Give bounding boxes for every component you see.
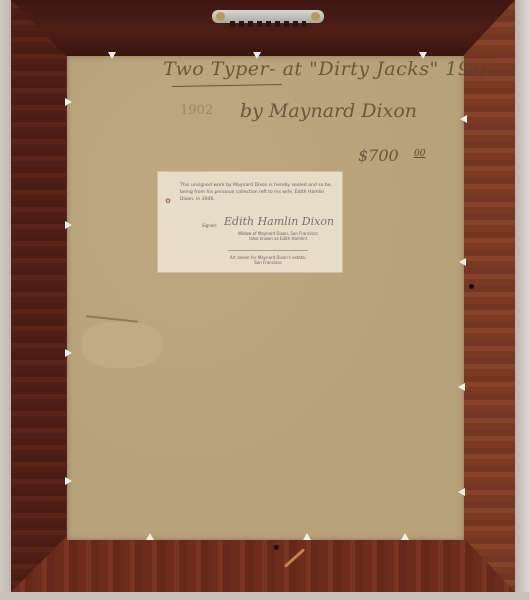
- provenance-label: ✿ This unsigned work by Maynard Dixon is…: [158, 172, 342, 272]
- handwritten-year-faint: 1902: [180, 103, 213, 118]
- handwritten-price-cents: 00: [414, 149, 425, 159]
- nail-hole: [274, 545, 279, 550]
- label-divider: [228, 250, 308, 251]
- label-body-text: This unsigned work by Maynard Dixon is h…: [180, 182, 336, 203]
- frame-right-rail: [455, 0, 515, 592]
- stamp-icon: ✿: [165, 197, 171, 205]
- label-agent-info: Art dealer for Maynard Dixon's estate, S…: [223, 255, 313, 265]
- wall-right: [515, 0, 529, 600]
- tack-icon: [65, 221, 72, 229]
- wall-bottom: [0, 592, 529, 600]
- handwritten-price: $700: [358, 146, 399, 165]
- label-signature: Edith Hamlin Dixon: [224, 215, 334, 228]
- paper-backing: [67, 56, 464, 540]
- label-widow-info: Widow of Maynard Dixon, San Francisco (a…: [228, 231, 328, 241]
- tack-icon: [458, 383, 465, 391]
- tack-icon: [303, 533, 311, 540]
- hanger-teeth: [230, 21, 306, 27]
- screw-icon: [216, 12, 225, 21]
- frame-top-rail: [11, 0, 515, 56]
- label-widow-line-2: (also known as Edith Hamlin): [228, 236, 328, 241]
- tack-icon: [458, 488, 465, 496]
- screw-icon: [311, 12, 320, 21]
- sawtooth-hanger-icon: [212, 10, 324, 23]
- tack-icon: [459, 258, 466, 266]
- tack-icon: [253, 52, 261, 59]
- tack-icon: [146, 533, 154, 540]
- tack-icon: [65, 477, 72, 485]
- frame-bottom-rail: [11, 537, 515, 592]
- tack-icon: [65, 349, 72, 357]
- nail-hole: [469, 284, 474, 289]
- handwritten-title: Two Typer- at "Dirty Jacks" 1902: [163, 58, 496, 80]
- tack-icon: [65, 98, 72, 106]
- tack-icon: [108, 52, 116, 59]
- label-agent-line-2: San Francisco: [223, 260, 313, 265]
- frame-left-rail: [11, 0, 69, 592]
- label-signed-prefix: Signed:: [202, 223, 217, 228]
- tack-icon: [460, 115, 467, 123]
- paper-stain: [82, 322, 162, 368]
- handwritten-artist: by Maynard Dixon: [240, 100, 417, 122]
- tack-icon: [401, 533, 409, 540]
- tack-icon: [419, 52, 427, 59]
